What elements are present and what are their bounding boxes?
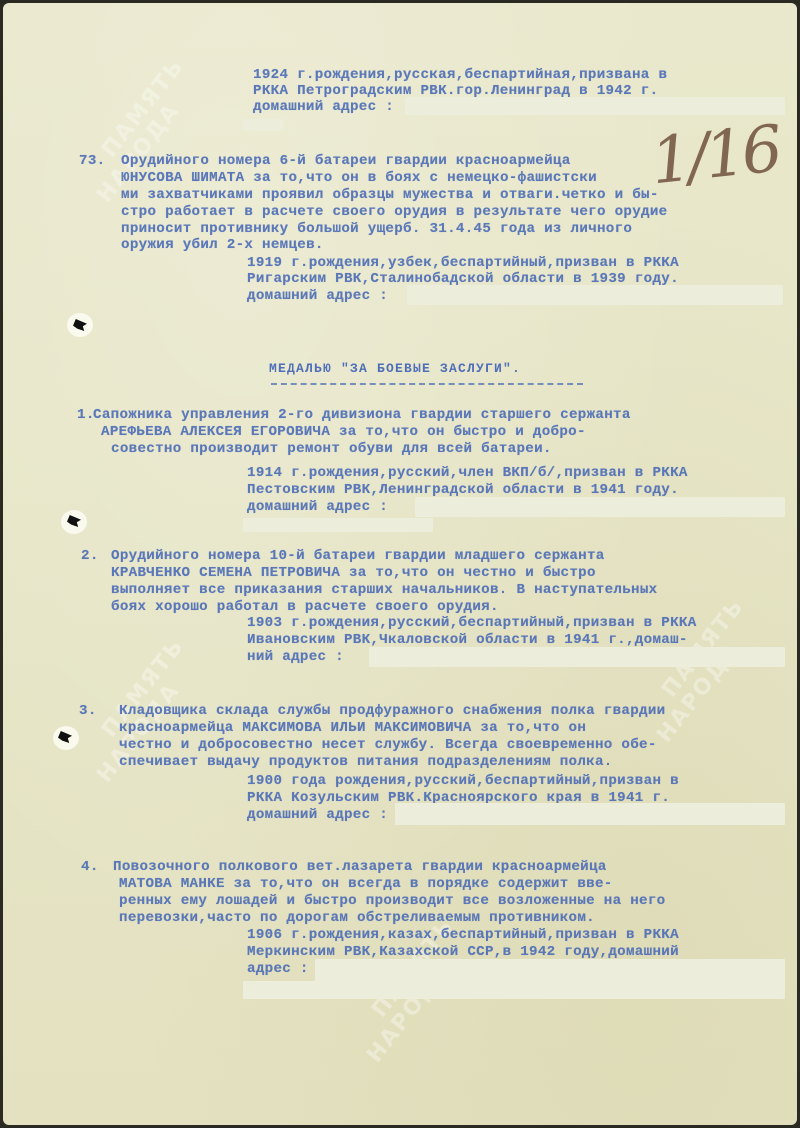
bio-line: домашний адрес :	[247, 288, 388, 305]
bio-line: 1914 г.рождения,русский,член ВКП/б/,приз…	[247, 465, 688, 482]
entry-line: ренных ему лошадей и быстро производит в…	[119, 893, 665, 910]
entry-line: выполняет все приказания старших начальн…	[111, 582, 657, 599]
document-page: ПАМЯТЬНАРОДА ПАМЯТЬНАРОДА ПАМЯТЬНАРОДА П…	[3, 3, 797, 1125]
bio-line: 1903 г.рождения,русский,беспартийный,при…	[247, 615, 697, 632]
entry-line: совестно производит ремонт обуви для все…	[111, 441, 552, 458]
redaction-block	[369, 647, 785, 667]
entry-line: перевозки,часто по дорогам обстреливаемы…	[119, 910, 595, 927]
entry-number: 73.	[79, 153, 105, 170]
entry-line: красноармейца МАКСИМОВА ИЛЬИ МАКСИМОВИЧА…	[119, 720, 586, 737]
entry-line: ЮНУСОВА ШИМАТА за то,что он в боях с нем…	[121, 170, 597, 187]
entry-line: МАТОВА МАНКЕ за то,что он всегда в поряд…	[119, 876, 613, 893]
entry-line: КРАВЧЕНКО СЕМЕНА ПЕТРОВИЧА за то,что он …	[111, 565, 596, 582]
entry-line: АРЕФЬЕВА АЛЕКСЕЯ ЕГОРОВИЧА за то,что он …	[101, 424, 586, 441]
bio-line: 1900 года рождения,русский,беспартийный,…	[247, 773, 679, 790]
bio-line: домашний адрес :	[247, 807, 388, 824]
entry-line: спечивает выдачу продуктов питания подра…	[119, 754, 613, 771]
bio-line: адрес :	[247, 961, 309, 978]
entry-line: Кладовщика склада службы продфуражного с…	[119, 703, 665, 720]
watermark: ПАМЯТЬНАРОДА	[615, 580, 787, 763]
bio-line: ний адрес :	[247, 649, 344, 666]
redaction-block	[415, 497, 785, 517]
entry-line: стро работает в расчете своего орудия в …	[121, 204, 667, 221]
bio-line: 1919 г.рождения,узбек,беспартийный,призв…	[247, 255, 679, 272]
bio-line: домашний адрес :	[247, 499, 388, 516]
carryover-line: 1924 г.рождения,русская,беспартийная,при…	[253, 67, 667, 84]
heading-underline	[271, 383, 583, 385]
redaction-block	[315, 959, 785, 999]
entry-line: Орудийного номера 6-й батареи гвардии кр…	[121, 153, 571, 170]
entry-line: боях хорошо работал в расчете своего ору…	[111, 599, 499, 616]
bio-line: 1906 г.рождения,казах,беспартийный,призв…	[247, 927, 679, 944]
redaction-block	[395, 803, 785, 825]
redaction-block	[405, 97, 785, 115]
entry-line: Сапожника управления 2-го дивизиона гвар…	[93, 407, 631, 424]
entry-line: Орудийного номера 10-й батареи гвардии м…	[111, 548, 605, 565]
carryover-line: домашний адрес :	[253, 99, 394, 116]
redaction-block	[243, 119, 283, 131]
entry-line: честно и добросовестно несет службу. Все…	[119, 737, 657, 754]
entry-line: оружия убил 2-х немцев.	[121, 237, 324, 254]
section-heading: МЕДАЛЬЮ "ЗА БОЕВЫЕ ЗАСЛУГИ".	[269, 361, 521, 376]
entry-number: 4.	[81, 859, 99, 876]
redaction-block	[243, 981, 323, 999]
entry-number: 1.	[77, 407, 95, 424]
entry-line: приносит противнику большой ущерб. 31.4.…	[121, 221, 632, 238]
entry-line: Повозочного полкового вет.лазарета гвард…	[113, 859, 607, 876]
entry-line: ми захватчиками проявил образцы мужества…	[121, 187, 659, 204]
entry-number: 2.	[81, 548, 99, 565]
redaction-block	[407, 285, 783, 305]
entry-number: 3.	[79, 703, 97, 720]
handwritten-mark: 1/16	[647, 113, 782, 200]
redaction-block	[243, 518, 433, 532]
